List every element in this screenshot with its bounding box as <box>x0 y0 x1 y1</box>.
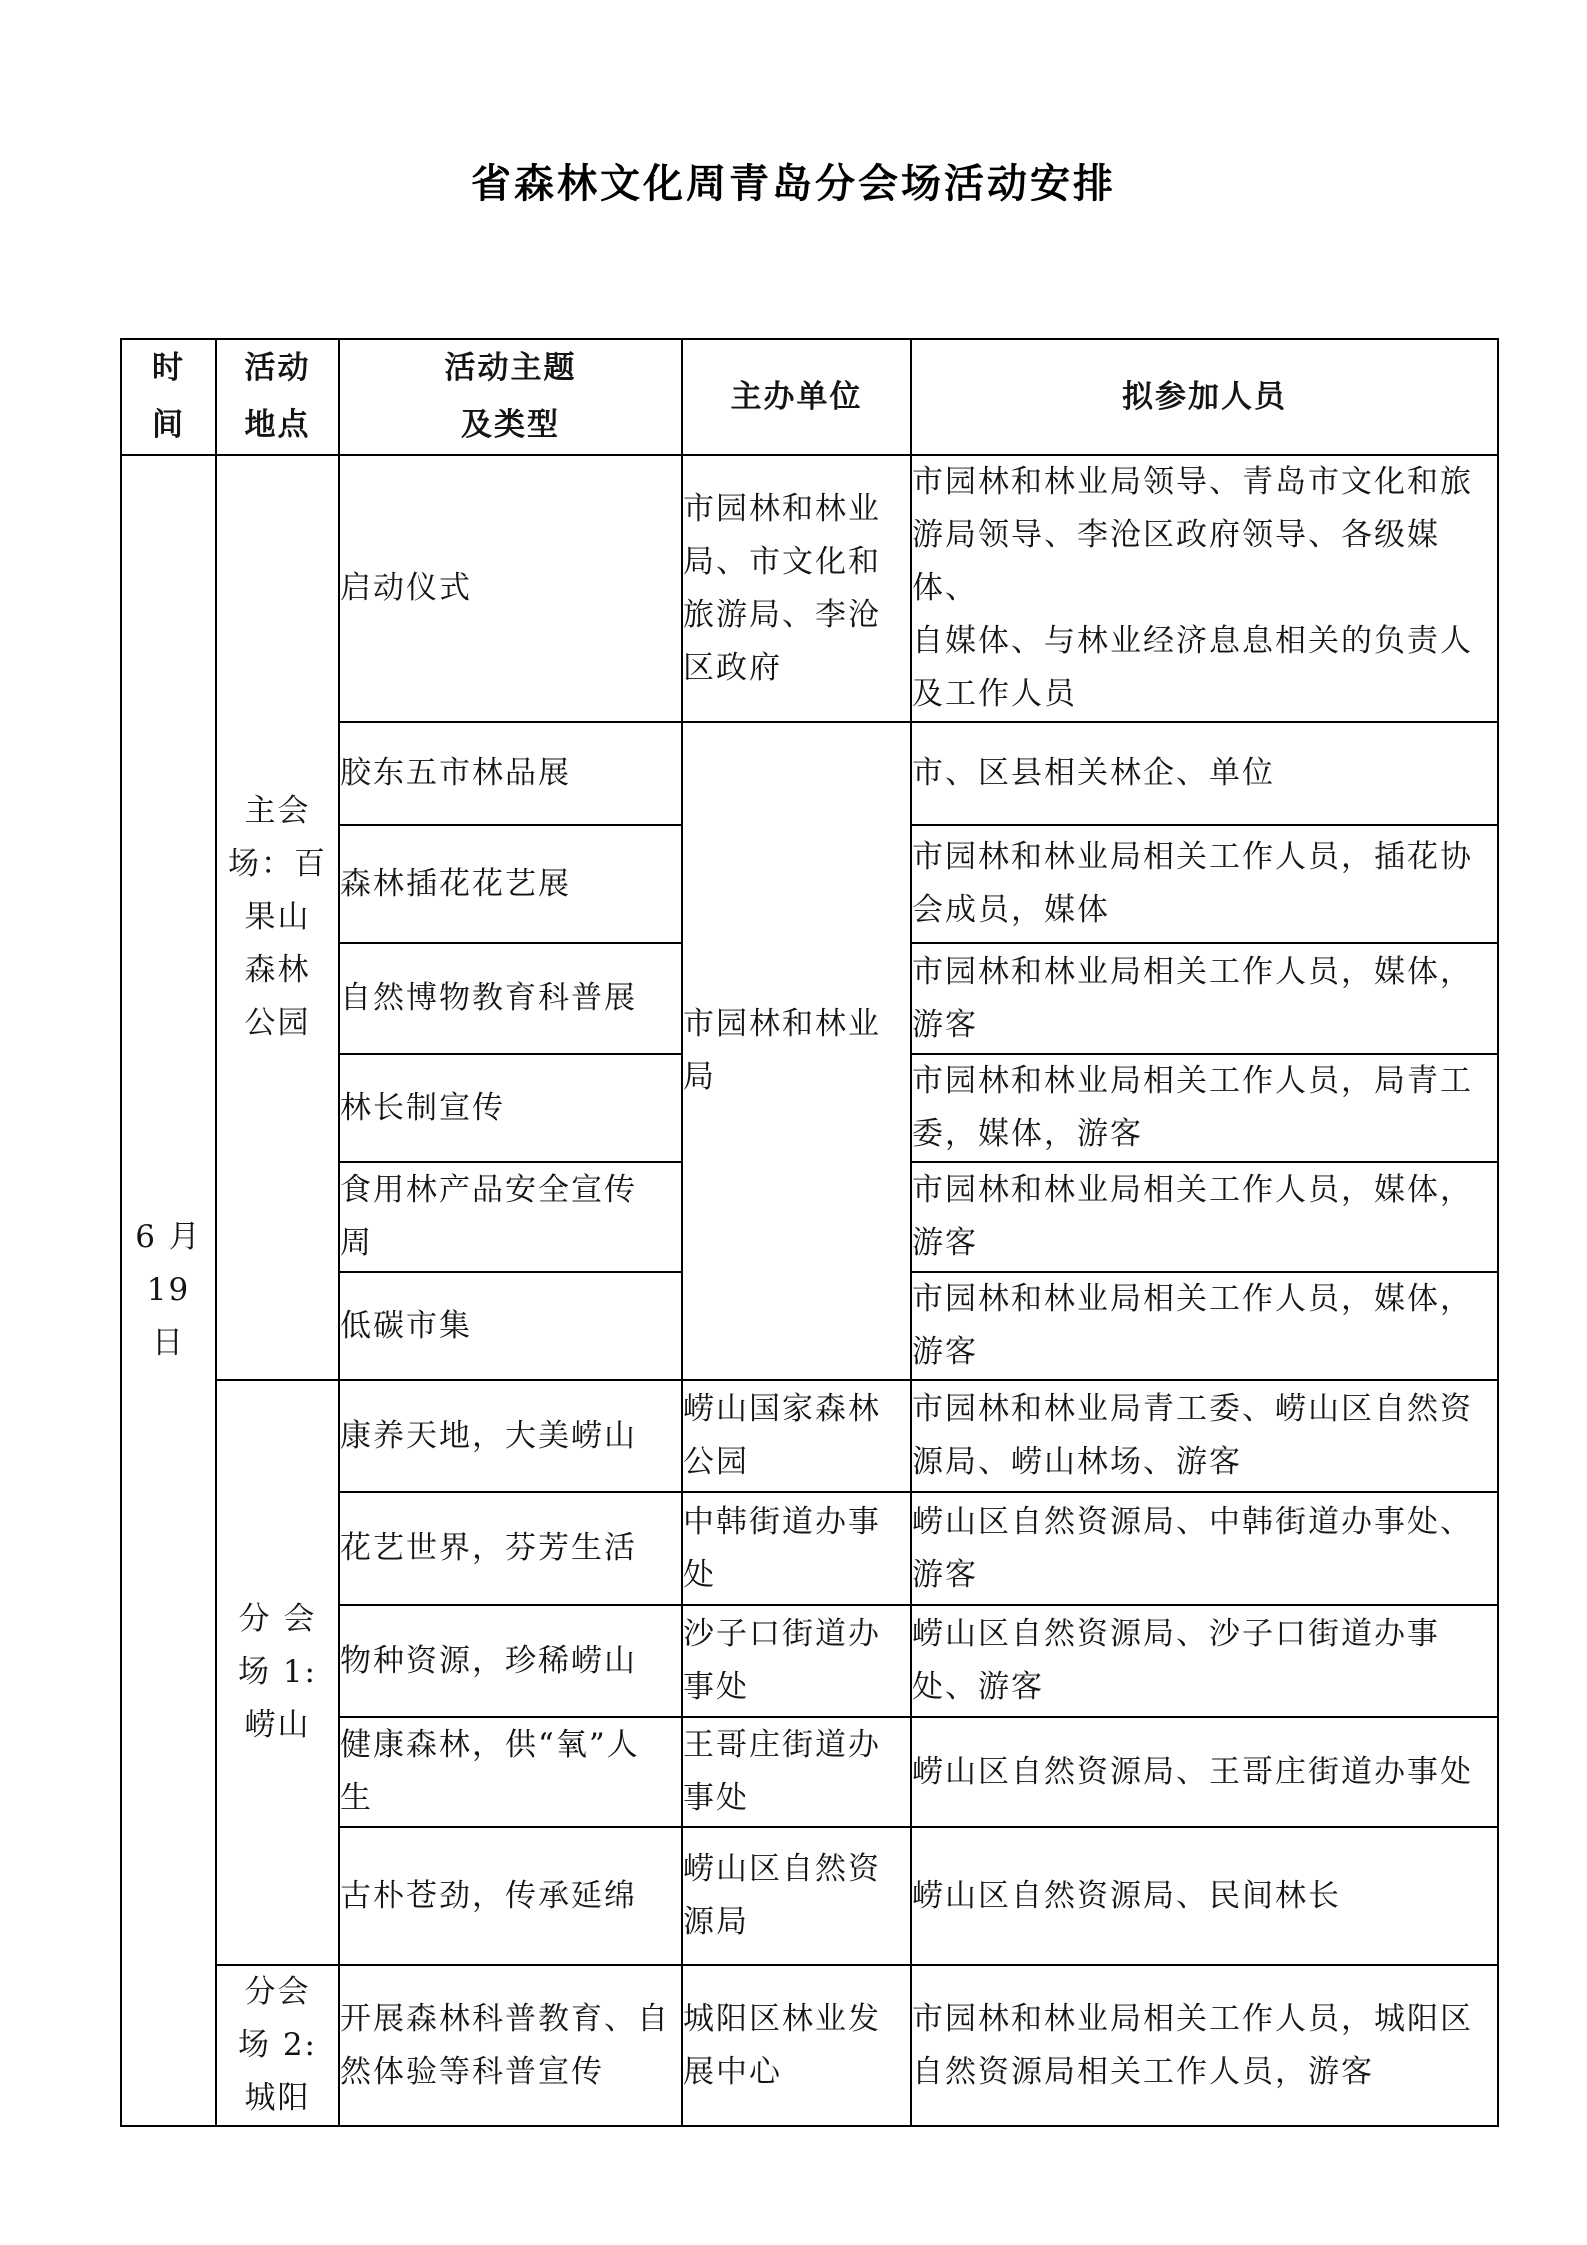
page-title: 省森林文化周青岛分会场活动安排 <box>0 152 1587 209</box>
theme-cell: 森林插花花艺展 <box>339 825 682 943</box>
theme-cell: 物种资源，珍稀崂山 <box>339 1605 682 1717</box>
theme-cell: 胶东五市林品展 <box>339 722 682 825</box>
theme-cell: 花艺世界，芬芳生活 <box>339 1492 682 1605</box>
theme-cell: 启动仪式 <box>339 455 682 722</box>
participants-cell: 市园林和林业局相关工作人员，城阳区 自然资源局相关工作人员，游客 <box>911 1965 1498 2126</box>
organizer-cell: 中韩街道办事 处 <box>682 1492 911 1605</box>
header-cell-participants: 拟参加人员 <box>911 339 1498 455</box>
venue-cell-main: 主会 场：百 果山 森林 公园 <box>216 455 339 1380</box>
organizer-cell: 崂山国家森林 公园 <box>682 1380 911 1492</box>
theme-cell: 康养天地，大美崂山 <box>339 1380 682 1492</box>
organizer-cell: 城阳区林业发 展中心 <box>682 1965 911 2126</box>
table-row: 分 会 场 1: 崂山 康养天地，大美崂山 崂山国家森林 公园 市园林和林业局青… <box>121 1380 1498 1492</box>
theme-cell: 开展森林科普教育、自 然体验等科普宣传 <box>339 1965 682 2126</box>
participants-cell: 崂山区自然资源局、中韩街道办事处、 游客 <box>911 1492 1498 1605</box>
participants-cell: 崂山区自然资源局、民间林长 <box>911 1827 1498 1965</box>
organizer-cell: 市园林和林业 局、市文化和 旅游局、李沧 区政府 <box>682 455 911 722</box>
theme-cell: 林长制宣传 <box>339 1054 682 1162</box>
theme-cell: 食用林产品安全宣传 周 <box>339 1162 682 1272</box>
time-cell: 6 月 19 日 <box>121 455 216 2126</box>
participants-cell: 市园林和林业局相关工作人员，局青工 委，媒体，游客 <box>911 1054 1498 1162</box>
header-cell-venue: 活动 地点 <box>216 339 339 455</box>
header-cell-theme: 活动主题 及类型 <box>339 339 682 455</box>
participants-cell: 市园林和林业局领导、青岛市文化和旅 游局领导、李沧区政府领导、各级媒体、 自媒体… <box>911 455 1498 722</box>
participants-cell: 市园林和林业局相关工作人员，媒体， 游客 <box>911 943 1498 1054</box>
organizer-cell: 崂山区自然资 源局 <box>682 1827 911 1965</box>
theme-cell: 自然博物教育科普展 <box>339 943 682 1054</box>
activity-schedule-table: 时 间 活动 地点 活动主题 及类型 主办单位 拟参加人员 6 月 19 日 主… <box>120 338 1499 2127</box>
participants-cell: 市园林和林业局相关工作人员，媒体， 游客 <box>911 1272 1498 1380</box>
participants-cell: 市园林和林业局青工委、崂山区自然资 源局、崂山林场、游客 <box>911 1380 1498 1492</box>
theme-cell: 古朴苍劲，传承延绵 <box>339 1827 682 1965</box>
organizer-cell-merged: 市园林和林业 局 <box>682 722 911 1380</box>
venue-cell-sub2: 分会 场 2: 城阳 <box>216 1965 339 2126</box>
organizer-cell: 王哥庄街道办 事处 <box>682 1717 911 1827</box>
document-page: { "page": { "title": "省森林文化周青岛分会场活动安排" }… <box>0 0 1587 2245</box>
venue-cell-sub1: 分 会 场 1: 崂山 <box>216 1380 339 1965</box>
participants-cell: 崂山区自然资源局、王哥庄街道办事处 <box>911 1717 1498 1827</box>
theme-cell: 健康森林，供“氧”人 生 <box>339 1717 682 1827</box>
table-row: 分会 场 2: 城阳 开展森林科普教育、自 然体验等科普宣传 城阳区林业发 展中… <box>121 1965 1498 2126</box>
header-cell-organizer: 主办单位 <box>682 339 911 455</box>
participants-cell: 崂山区自然资源局、沙子口街道办事 处、游客 <box>911 1605 1498 1717</box>
participants-cell: 市园林和林业局相关工作人员，媒体， 游客 <box>911 1162 1498 1272</box>
theme-cell: 低碳市集 <box>339 1272 682 1380</box>
table-row: 6 月 19 日 主会 场：百 果山 森林 公园 启动仪式 市园林和林业 局、市… <box>121 455 1498 722</box>
organizer-cell: 沙子口街道办 事处 <box>682 1605 911 1717</box>
participants-cell: 市园林和林业局相关工作人员，插花协 会成员，媒体 <box>911 825 1498 943</box>
table-header-row: 时 间 活动 地点 活动主题 及类型 主办单位 拟参加人员 <box>121 339 1498 455</box>
participants-cell: 市、区县相关林企、单位 <box>911 722 1498 825</box>
header-cell-time: 时 间 <box>121 339 216 455</box>
